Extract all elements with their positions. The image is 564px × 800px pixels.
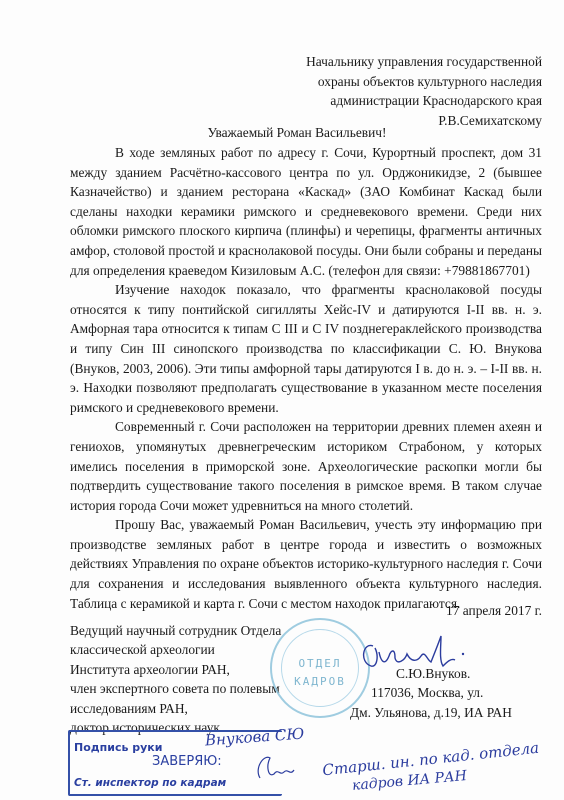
inspector-signature-icon — [250, 748, 300, 788]
title-line: Ведущий научный сотрудник Отдела — [70, 621, 281, 640]
paragraph-history: Современный г. Сочи расположен на террит… — [70, 417, 542, 515]
stamp-line3: Ст. инспектор по кадрам — [74, 774, 226, 794]
paragraph-study: Изучение находок показало, что фрагменты… — [70, 280, 542, 417]
title-line: исследованиям РАН, — [70, 699, 281, 718]
addressee-line: охраны объектов культурного наследия — [306, 72, 542, 92]
addressee-line: администрации Краснодарского края — [306, 91, 542, 111]
addressee-line: Начальнику управления государственной — [306, 52, 542, 72]
stamp-line1: Подпись руки — [74, 738, 162, 758]
addressee-block: Начальнику управления государственной ох… — [306, 52, 542, 130]
letter-body: В ходе земляных работ по адресу г. Сочи,… — [70, 143, 542, 613]
signatory-title: Ведущий научный сотрудник Отдела классич… — [70, 621, 281, 737]
salutation: Уважаемый Роман Васильевич! — [0, 123, 564, 143]
paragraph-request: Прошу Вас, уважаемый Роман Васильевич, у… — [70, 515, 542, 613]
signature-icon — [355, 632, 475, 677]
title-line: классической археологии — [70, 640, 281, 659]
letter-date: 17 апреля 2017 г. — [446, 601, 542, 621]
paragraph-findings: В ходе земляных работ по адресу г. Сочи,… — [70, 143, 542, 280]
title-line: Института археологии РАН, — [70, 660, 281, 679]
address-line: 117036, Москва, ул. — [350, 683, 512, 702]
stamp-line2: ЗАВЕРЯЮ: — [152, 752, 222, 772]
address-line: Дм. Ульянова, д.19, ИА РАН — [350, 703, 512, 722]
title-line: член экспертного совета по полевым — [70, 679, 281, 698]
